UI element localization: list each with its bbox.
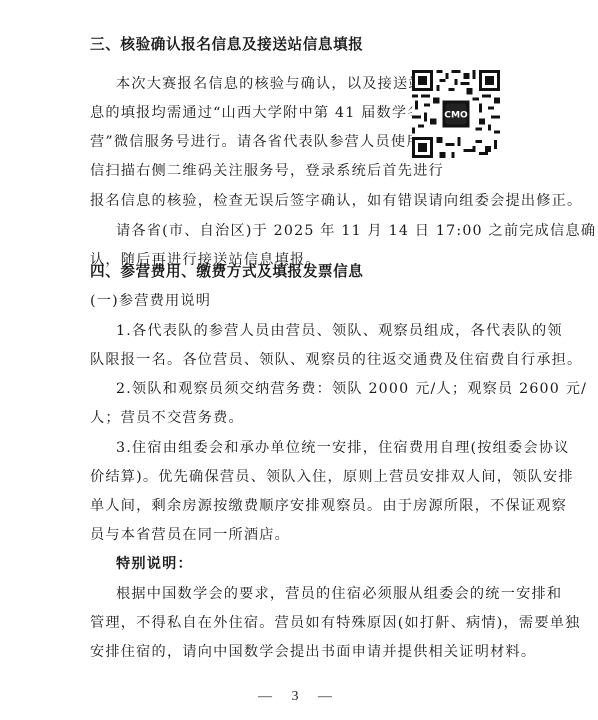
special-note-title: 特别说明： bbox=[116, 554, 193, 574]
page-number: — 3 — bbox=[0, 689, 598, 705]
fee-item-3-line: 价结算)。优先确保营员、领队入住，原则上营员安排双人间，领队安排 bbox=[90, 467, 574, 487]
special-note-line: 管理，不得私自在外住宿。营员如有特殊原因(如打鼾、病情)，需要单独 bbox=[90, 613, 581, 633]
section-3-para1-line: 信扫描右侧二维码关注服务号，登录系统后首先进行 bbox=[90, 161, 444, 181]
section-3-heading: 三、核验确认报名信息及接送站信息填报 bbox=[90, 35, 364, 55]
qr-code-icon: CMO bbox=[412, 70, 500, 158]
special-note-line: 根据中国数学会的要求，营员的住宿必须服从组委会的统一安排和 bbox=[116, 584, 562, 604]
section-3-para1-line: 本次大赛报名信息的核验与确认，以及接送站信 bbox=[116, 74, 439, 94]
fee-item-1-line: 1.各代表队的参营人员由营员、领队、观察员组成，各代表队的领 bbox=[116, 321, 563, 341]
fee-item-3-line: 3.住宿由组委会和承办单位统一安排，住宿费用自理(按组委会协议 bbox=[116, 438, 570, 458]
section-3-para1-line: 报名信息的核验，检查无误后签字确认，如有错误请向组委会提出修正。 bbox=[90, 191, 582, 211]
fee-item-1-line: 队限报一名。各位营员、领队、观察员的往返交通费及住宿费自行承担。 bbox=[90, 350, 582, 370]
section-3-para1-line: 息的填报均需通过“山西大学附中第 41 届数学冬令 bbox=[90, 103, 438, 123]
svg-text:CMO: CMO bbox=[444, 111, 468, 121]
section-3-para2-line: 请各省(市、自治区)于 2025 年 11 月 14 日 17:00 之前完成信… bbox=[116, 221, 596, 241]
fee-item-3-line: 单人间，剩余房源按缴费顺序安排观察员。由于房源所限，不保证观察 bbox=[90, 496, 567, 516]
fee-item-2-line: 2.领队和观察员须交纳营务费：领队 2000 元/人；观察员 2600 元/ bbox=[116, 379, 587, 399]
section-4-subheading: (一)参营费用说明 bbox=[90, 291, 211, 311]
fee-item-2-line: 人；营员不交营务费。 bbox=[90, 408, 244, 428]
section-3-para1-line: 营”微信服务号进行。请各省代表队参营人员使用微 bbox=[90, 132, 437, 152]
fee-item-3-line: 员与本省营员在同一所酒店。 bbox=[90, 525, 290, 545]
special-note-line: 安排住宿的，请向中国数学会提出书面申请并提供相关证明材料。 bbox=[90, 642, 536, 662]
section-4-heading: 四、参营费用、缴费方式及填报发票信息 bbox=[90, 262, 364, 282]
